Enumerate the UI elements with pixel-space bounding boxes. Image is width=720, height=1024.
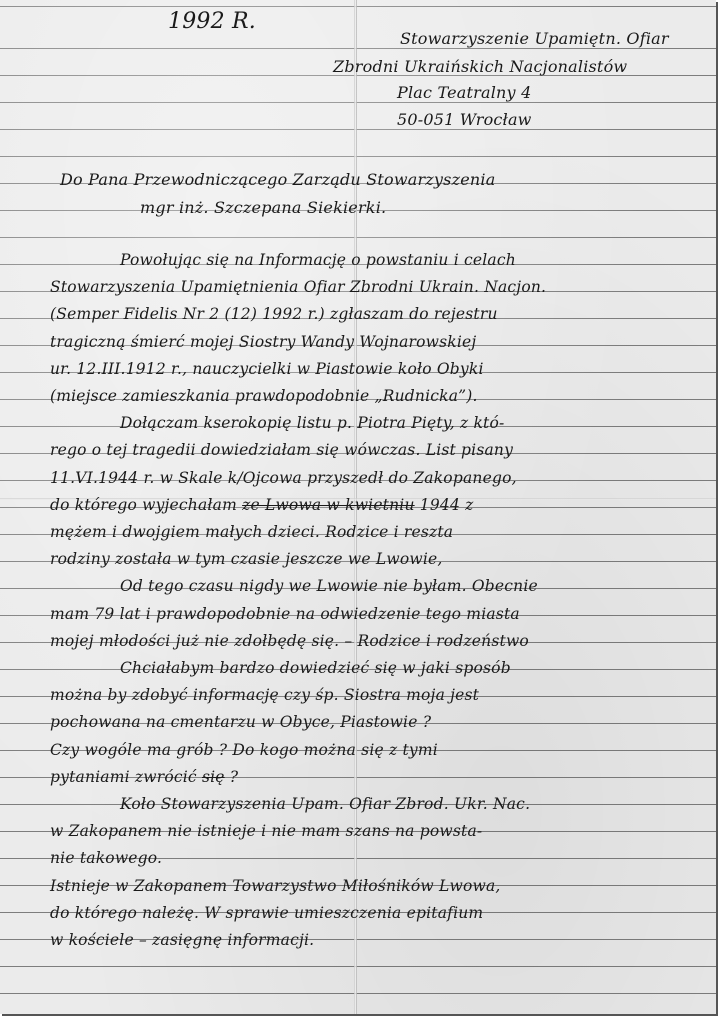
letter-body-line: 11.VI.1944 r. w Skale k/Ojcowa przyszedł… xyxy=(50,465,517,492)
letter-date: 1992 R. xyxy=(168,8,256,35)
letter-body-line: Stowarzyszenia Upamiętnienia Ofiar Zbrod… xyxy=(50,274,546,301)
letter-body-line: pytaniami zwrócić się ? xyxy=(50,764,238,791)
letter-body-line: Od tego czasu nigdy we Lwowie nie byłam.… xyxy=(120,573,538,600)
address-line-4: 50-051 Wrocław xyxy=(397,106,532,133)
struck-text: ze Lwowa w kwietniu xyxy=(242,496,415,514)
letter-body-line: (Semper Fidelis Nr 2 (12) 1992 r.) zgłas… xyxy=(50,301,498,328)
letter-body-line: pochowana na cmentarzu w Obyce, Piastowi… xyxy=(50,709,431,736)
letter-body-line: Istnieje w Zakopanem Towarzystwo Miłośni… xyxy=(50,873,501,900)
letter-body-line: nie takowego. xyxy=(50,845,162,872)
letter-body-line: (miejsce zamieszkania prawdopodobnie „Ru… xyxy=(50,383,478,410)
struck-text: się xyxy=(202,768,225,786)
letter-body-line: ur. 12.III.1912 r., nauczycielki w Piast… xyxy=(50,356,484,383)
salutation-line-2: mgr inż. Szczepana Siekierki. xyxy=(140,194,386,221)
letter-body-line: Powołując się na Informację o powstaniu … xyxy=(120,247,516,274)
address-line-3: Plac Teatralny 4 xyxy=(397,79,531,106)
letter-body-line: do którego wyjechałam ze Lwowa w kwietni… xyxy=(50,492,474,519)
letter-body-line: w Zakopanem nie istnieje i nie mam szans… xyxy=(50,818,482,845)
letter-body-line: Dołączam kserokopię listu p. Piotra Pięt… xyxy=(120,410,504,437)
letter-body-line: Czy wogóle ma grób ? Do kogo można się z… xyxy=(50,737,438,764)
letter-body-line: tragiczną śmierć mojej Siostry Wandy Woj… xyxy=(50,329,476,356)
address-line-1: Stowarzyszenie Upamiętn. Ofiar xyxy=(400,25,669,52)
letter-body-line: mam 79 lat i prawdopodobnie na odwiedzen… xyxy=(50,601,520,628)
address-line-2: Zbrodni Ukraińskich Nacjonalistów xyxy=(333,53,627,80)
letter-body-line: mężem i dwojgiem małych dzieci. Rodzice … xyxy=(50,519,453,546)
letter-paper: 1992 R. Stowarzyszenie Upamiętn. Ofiar Z… xyxy=(0,0,716,1014)
letter-body-line: Chciałabym bardzo dowiedzieć się w jaki … xyxy=(120,655,511,682)
letter-body-line: w kościele – zasięgnę informacji. xyxy=(50,927,314,954)
letter-body-line: Koło Stowarzyszenia Upam. Ofiar Zbrod. U… xyxy=(120,791,530,818)
letter-body-line: mojej młodości już nie zdołbędę się. – R… xyxy=(50,628,529,655)
letter-body-line: rego o tej tragedii dowiedziałam się wów… xyxy=(50,437,513,464)
letter-body-line: rodziny została w tym czasie jeszcze we … xyxy=(50,546,443,573)
salutation-line-1: Do Pana Przewodniczącego Zarządu Stowarz… xyxy=(60,166,495,193)
letter-body-line: do którego należę. W sprawie umieszczeni… xyxy=(50,900,483,927)
letter-body-line: można by zdobyć informację czy śp. Siost… xyxy=(50,682,479,709)
